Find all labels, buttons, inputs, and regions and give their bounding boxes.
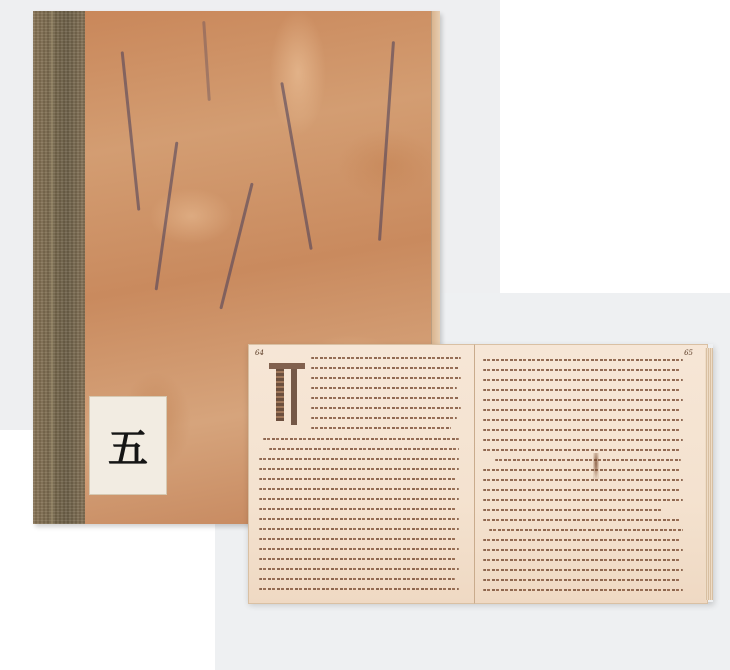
open-notebook: 64 65 [248,344,713,602]
label-character: 五 [108,417,148,474]
right-page: 65 [474,344,708,604]
left-page: 64 [248,344,475,604]
page-edges [705,348,713,600]
left-page-number: 64 [255,349,264,357]
cover-label: 五 [89,396,167,495]
right-page-number: 65 [684,349,693,357]
pillar-illustration [269,363,305,425]
ink-stain [593,453,599,479]
notebook-spine [33,11,86,524]
